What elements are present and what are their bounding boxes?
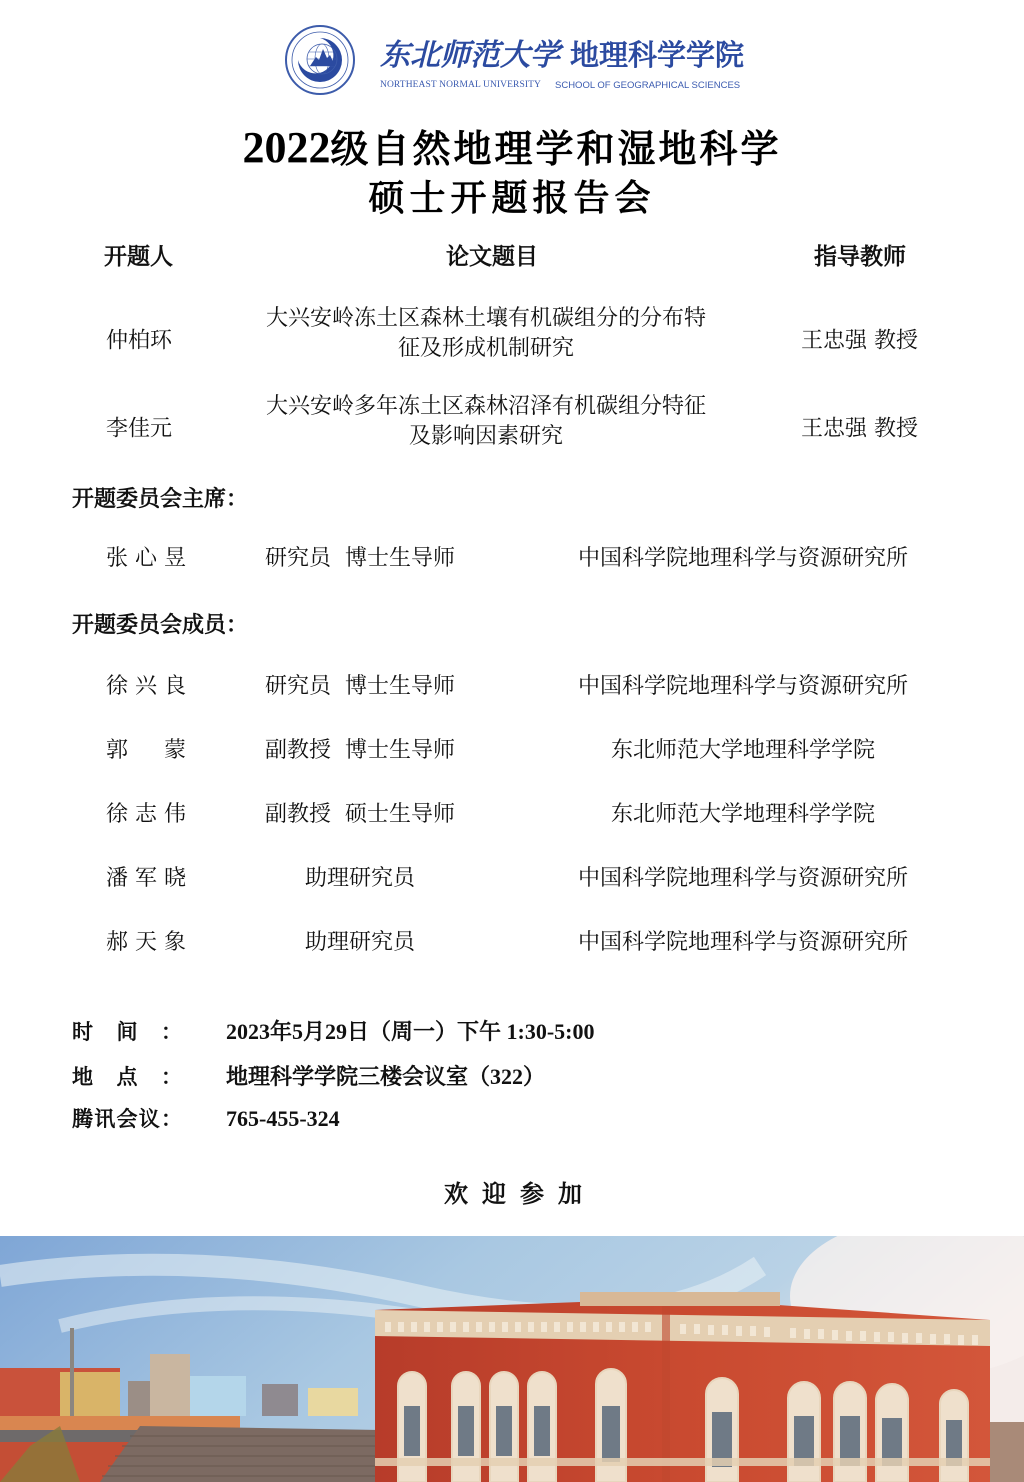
presenter-name: 仲柏环 <box>106 324 172 355</box>
school-name-cn: 地理科学学院 <box>570 33 744 74</box>
campus-building-illustration <box>0 1236 1024 1482</box>
university-name-en: NORTHEAST NORMAL UNIVERSITY <box>380 80 541 91</box>
page-subtitle: 硕士开题报告会 <box>0 170 1024 221</box>
column-header-advisor: 指导教师 <box>814 238 906 271</box>
committee-chair-row: 张心昱 研究员 博士生导师 中国科学院地理科学与资源研究所 <box>0 544 1024 574</box>
thesis-topic: 大兴安岭冻土区森林土壤有机碳组分的分布特 征及形成机制研究 <box>226 304 746 364</box>
place-label: 地点： <box>72 1062 182 1092</box>
member-title: 副教授 博士生导师 <box>240 736 480 766</box>
school-name-en: SCHOOL OF GEOGRAPHICAL SCIENCES <box>555 80 740 91</box>
committee-member-row: 郭蒙 副教授 博士生导师 东北师范大学地理科学学院 <box>0 736 1024 766</box>
committee-members-label: 开题委员会成员： <box>72 608 248 639</box>
member-organization: 东北师范大学地理科学学院 <box>545 736 941 766</box>
advisor-name: 王忠强 教授 <box>801 324 918 355</box>
member-organization: 东北师范大学地理科学学院 <box>545 800 941 830</box>
page-title: 2022级自然地理学和湿地科学 <box>0 118 1024 173</box>
time-value: 2023年5月29日（周一）下午 1:30-5:00 <box>226 1017 594 1047</box>
member-name: 郭蒙 <box>106 736 186 766</box>
time-label: 时间： <box>72 1017 182 1047</box>
campus-building-photo <box>0 1236 1024 1482</box>
thesis-topic-line2: 征及形成机制研究 <box>226 334 746 364</box>
thesis-row: 李佳元 大兴安岭多年冻土区森林沼泽有机碳组分特征 及影响因素研究 王忠强 教授 <box>0 392 1024 462</box>
member-title: 副教授 硕士生导师 <box>240 800 480 830</box>
committee-member-row: 潘军晓 助理研究员 中国科学院地理科学与资源研究所 <box>0 864 1024 894</box>
committee-chair-label: 开题委员会主席： <box>72 482 248 513</box>
member-title: 研究员 博士生导师 <box>240 672 480 702</box>
thesis-row: 仲柏环 大兴安岭冻土区森林土壤有机碳组分的分布特 征及形成机制研究 王忠强 教授 <box>0 304 1024 374</box>
member-title: 助理研究员 <box>240 928 480 958</box>
university-name-cn: 东北师范大学 <box>380 30 560 74</box>
committee-member-row: 徐兴良 研究员 博士生导师 中国科学院地理科学与资源研究所 <box>0 672 1024 702</box>
thesis-topic: 大兴安岭多年冻土区森林沼泽有机碳组分特征 及影响因素研究 <box>226 392 746 452</box>
place-value: 地理科学学院三楼会议室（322） <box>226 1062 545 1092</box>
thesis-topic-line1: 大兴安岭多年冻土区森林沼泽有机碳组分特征 <box>226 392 746 422</box>
member-title: 研究员 博士生导师 <box>240 544 480 574</box>
header-logo: 东北师范大学 地理科学学院 NORTHEAST NORMAL UNIVERSIT… <box>284 22 784 98</box>
column-header-presenter: 开题人 <box>104 238 173 271</box>
member-title: 助理研究员 <box>240 864 480 894</box>
presenter-name: 李佳元 <box>106 412 172 443</box>
committee-member-row: 徐志伟 副教授 硕士生导师 东北师范大学地理科学学院 <box>0 800 1024 830</box>
member-name: 潘军晓 <box>106 864 186 894</box>
committee-member-row: 郝天象 助理研究员 中国科学院地理科学与资源研究所 <box>0 928 1024 958</box>
member-name: 张心昱 <box>106 544 186 574</box>
title-year: 2022 <box>242 123 330 172</box>
member-name: 郝天象 <box>106 928 186 958</box>
member-organization: 中国科学院地理科学与资源研究所 <box>545 864 941 894</box>
member-name: 徐兴良 <box>106 672 186 702</box>
member-organization: 中国科学院地理科学与资源研究所 <box>545 672 941 702</box>
column-header-topic: 论文题目 <box>446 238 538 271</box>
member-name: 徐志伟 <box>106 800 186 830</box>
meeting-id: 765-455-324 <box>226 1104 340 1134</box>
title-line1: 级自然地理学和湿地科学 <box>330 127 781 171</box>
member-organization: 中国科学院地理科学与资源研究所 <box>545 544 941 574</box>
welcome-text: 欢迎参加 <box>444 1174 596 1209</box>
member-organization: 中国科学院地理科学与资源研究所 <box>545 928 941 958</box>
university-seal-icon <box>284 24 356 96</box>
advisor-name: 王忠强 教授 <box>801 412 918 443</box>
meeting-label: 腾讯会议： <box>72 1104 182 1134</box>
thesis-topic-line2: 及影响因素研究 <box>226 422 746 452</box>
thesis-topic-line1: 大兴安岭冻土区森林土壤有机碳组分的分布特 <box>226 304 746 334</box>
